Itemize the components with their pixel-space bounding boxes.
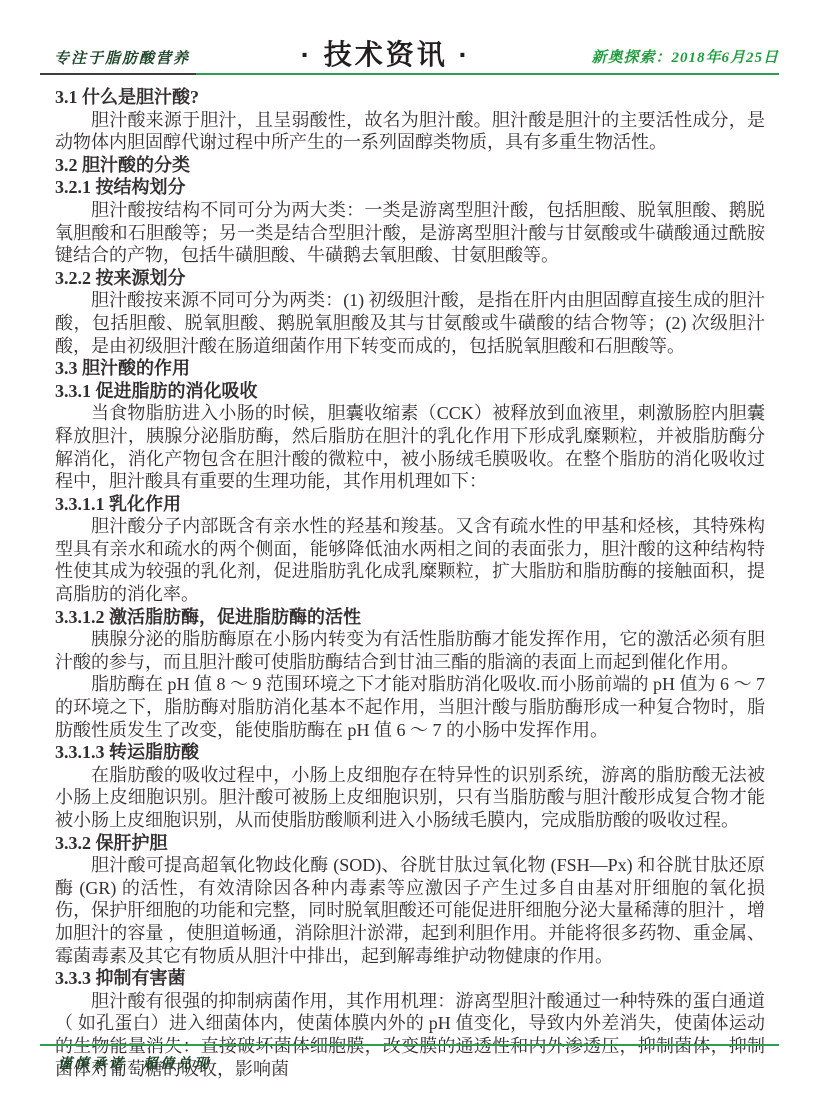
footer-motto: 谨慎承诺 超值兑现 [58, 1057, 211, 1072]
page-header: 专注于脂肪酸营养 · 技术资讯 · 新奥探索：2018年6月25日 [40, 40, 779, 75]
document-page: 专注于脂肪酸营养 · 技术资讯 · 新奥探索：2018年6月25日 3.1 什么… [0, 0, 817, 1100]
paragraph: 当食物脂肪进入小肠的时候，胆囊收缩素（CCK）被释放到血液里，刺激肠腔内胆囊释放… [55, 402, 765, 492]
paragraph: 胆汁酸按来源不同可分为两类：(1) 初级胆汁酸，是指在肝内由胆固醇直接生成的胆汁… [55, 289, 765, 357]
paragraph: 在脂肪酸的吸收过程中，小肠上皮细胞存在特异性的识别系统，游离的脂肪酸无法被小肠上… [55, 764, 765, 832]
section-heading: 3.3.3 抑制有害菌 [55, 967, 765, 990]
paragraph: 胰腺分泌的脂肪酶原在小肠内转变为有活性脂肪酶才能发挥作用，它的激活必须有胆汁酸的… [55, 628, 765, 673]
paragraph: 脂肪酶在 pH 值 8 ～ 9 范围环境之下才能对脂肪消化吸收.而小肠前端的 p… [55, 673, 765, 741]
newsletter-title: · 技术资讯 · [301, 40, 471, 70]
paragraph: 胆汁酸分子内部既含有亲水性的羟基和羧基。又含有疏水性的甲基和烃核，其特殊构型具有… [55, 515, 765, 605]
section-heading: 3.3.1.2 激活脂肪酶，促进脂肪酶的活性 [55, 606, 765, 629]
paragraph: 胆汁酸按结构不同可分为两大类：一类是游离型胆汁酸，包括胆酸、脱氧胆酸、鹅脱氧胆酸… [55, 199, 765, 267]
paragraph: 胆汁酸来源于胆汁，且呈弱酸性，故名为胆汁酸。胆汁酸是胆汁的主要活性成分，是动物体… [55, 109, 765, 154]
section-heading: 3.2.2 按来源划分 [55, 267, 765, 290]
section-heading: 3.2 胆汁酸的分类 [55, 154, 765, 177]
section-heading: 3.3.2 保肝护胆 [55, 832, 765, 855]
header-date: 新奥探索：2018年6月25日 [591, 46, 779, 70]
document-body: 3.1 什么是胆汁酸?胆汁酸来源于胆汁，且呈弱酸性，故名为胆汁酸。胆汁酸是胆汁的… [55, 86, 765, 1080]
paragraph: 胆汁酸可提高超氧化物歧化酶 (SOD)、谷胱甘肽过氧化物 (FSH—Px) 和谷… [55, 854, 765, 967]
section-heading: 3.3 胆汁酸的作用 [55, 357, 765, 380]
section-heading: 3.3.1.3 转运脂肪酸 [55, 741, 765, 764]
header-slogan: 专注于脂肪酸营养 [40, 47, 196, 75]
page-footer: 谨慎承诺 超值兑现 [40, 1044, 779, 1073]
section-heading: 3.3.1 促进脂肪的消化吸收 [55, 380, 765, 403]
section-heading: 3.1 什么是胆汁酸? [55, 86, 765, 109]
section-heading: 3.2.1 按结构划分 [55, 176, 765, 199]
section-heading: 3.3.1.1 乳化作用 [55, 493, 765, 516]
